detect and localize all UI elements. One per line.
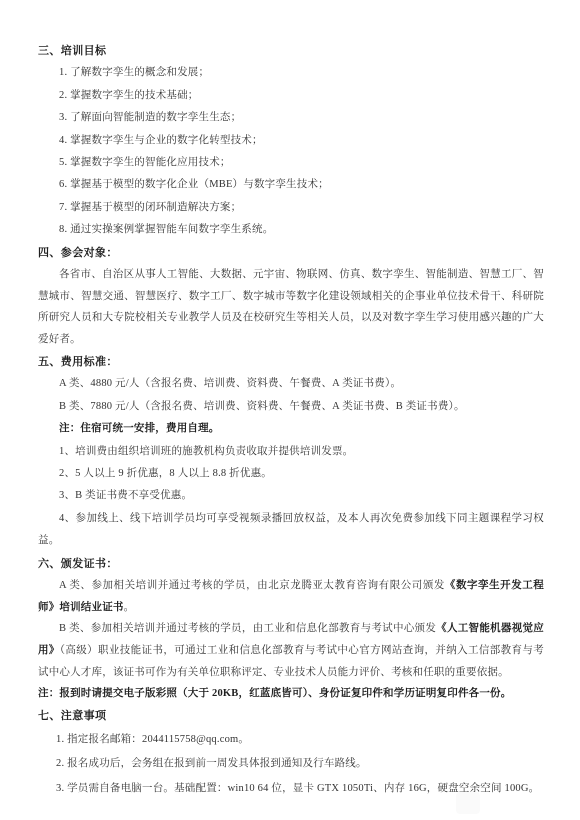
registration-note: 注：报到时请提交电子版彩照（大于 20KB，红蓝底皆可）、身份证复印件和学历证明…	[38, 683, 544, 705]
section-certificates: 六、颁发证书： A 类、参加相关培训并通过考核的学员，由北京龙腾亚太教育咨询有限…	[38, 553, 544, 706]
training-goal-item: 6. 掌握基于模型的数字化企业（MBE）与数字孪生技术；	[38, 174, 544, 196]
fee-note: 注：住宿可统一安排，费用自理。	[38, 418, 544, 440]
fee-rule: 4、参加线上、线下培训学员均可享受视频录播回放权益，及本人再次免费参加线下同主题…	[38, 508, 544, 553]
fee-class-a: A 类、4880 元/人（含报名费、培训费、资料费、午餐费、A 类证书费）。	[38, 373, 544, 395]
note-item-email: 1. 指定报名邮箱：2044115758@qq.com。	[38, 728, 544, 753]
fee-rule: 3、B 类证书费不享受优惠。	[38, 485, 544, 507]
certificate-class-b-text: B 类、参加相关培训并通过考核的学员，由工业和信息化部教育与考试中心颁发	[59, 623, 436, 634]
note-item-checkin: 2. 报名成功后，会务组在报到前一周发具体报到通知及行车路线。	[38, 752, 544, 777]
section-fees: 五、费用标准： A 类、4880 元/人（含报名费、培训费、资料费、午餐费、A …	[38, 351, 544, 553]
certificates-heading: 六、颁发证书：	[38, 553, 544, 575]
fees-heading: 五、费用标准：	[38, 351, 544, 373]
training-goal-item: 2. 掌握数字孪生的技术基础；	[38, 85, 544, 107]
document-page: 三、培训目标 1. 了解数字孪生的概念和发展； 2. 掌握数字孪生的技术基础； …	[0, 0, 580, 820]
certificate-class-b-tail: （高级）职业技能证书，可通过工业和信息化部教育与考试中心官方网站查询，并纳入工信…	[38, 645, 544, 678]
training-goal-item: 7. 掌握基于模型的闭环制造解决方案；	[38, 197, 544, 219]
training-goal-item: 4. 掌握数字孪生与企业的数字化转型技术；	[38, 130, 544, 152]
participants-heading: 四、参会对象：	[38, 242, 544, 264]
certificate-class-a-text: A 类、参加相关培训并通过考核的学员，由北京龙腾亚太教育咨询有限公司颁发	[59, 580, 445, 591]
training-goal-item: 3. 了解面向智能制造的数字孪生生态；	[38, 107, 544, 129]
notes-heading: 七、注意事项	[38, 705, 544, 727]
fee-rule: 2、5 人以上 9 折优惠，8 人以上 8.8 折优惠。	[38, 463, 544, 485]
certificate-class-a-tail: 。	[124, 602, 135, 613]
section-participants: 四、参会对象： 各省市、自治区从事人工智能、大数据、元宇宙、物联网、仿真、数字孪…	[38, 242, 544, 351]
training-goals-heading: 三、培训目标	[38, 40, 544, 62]
fee-rule: 1、培训费由组织培训班的施教机构负责收取并提供培训发票。	[38, 441, 544, 463]
certificate-class-a: A 类、参加相关培训并通过考核的学员，由北京龙腾亚太教育咨询有限公司颁发《数字孪…	[38, 575, 544, 618]
certificate-class-b: B 类、参加相关培训并通过考核的学员，由工业和信息化部教育与考试中心颁发《人工智…	[38, 618, 544, 683]
section-training-goals: 三、培训目标 1. 了解数字孪生的概念和发展； 2. 掌握数字孪生的技术基础； …	[38, 40, 544, 242]
training-goal-item: 8. 通过实操案例掌握智能车间数字孪生系统。	[38, 219, 544, 241]
fee-class-b: B 类、7880 元/人（含报名费、培训费、资料费、午餐费、A 类证书费、B 类…	[38, 396, 544, 418]
watermark	[456, 792, 480, 814]
section-notes: 七、注意事项 1. 指定报名邮箱：2044115758@qq.com。 2. 报…	[38, 705, 544, 801]
participants-paragraph: 各省市、自治区从事人工智能、大数据、元宇宙、物联网、仿真、数字孪生、智能制造、智…	[38, 264, 544, 351]
training-goal-item: 5. 掌握数字孪生的智能化应用技术；	[38, 152, 544, 174]
training-goal-item: 1. 了解数字孪生的概念和发展；	[38, 62, 544, 84]
